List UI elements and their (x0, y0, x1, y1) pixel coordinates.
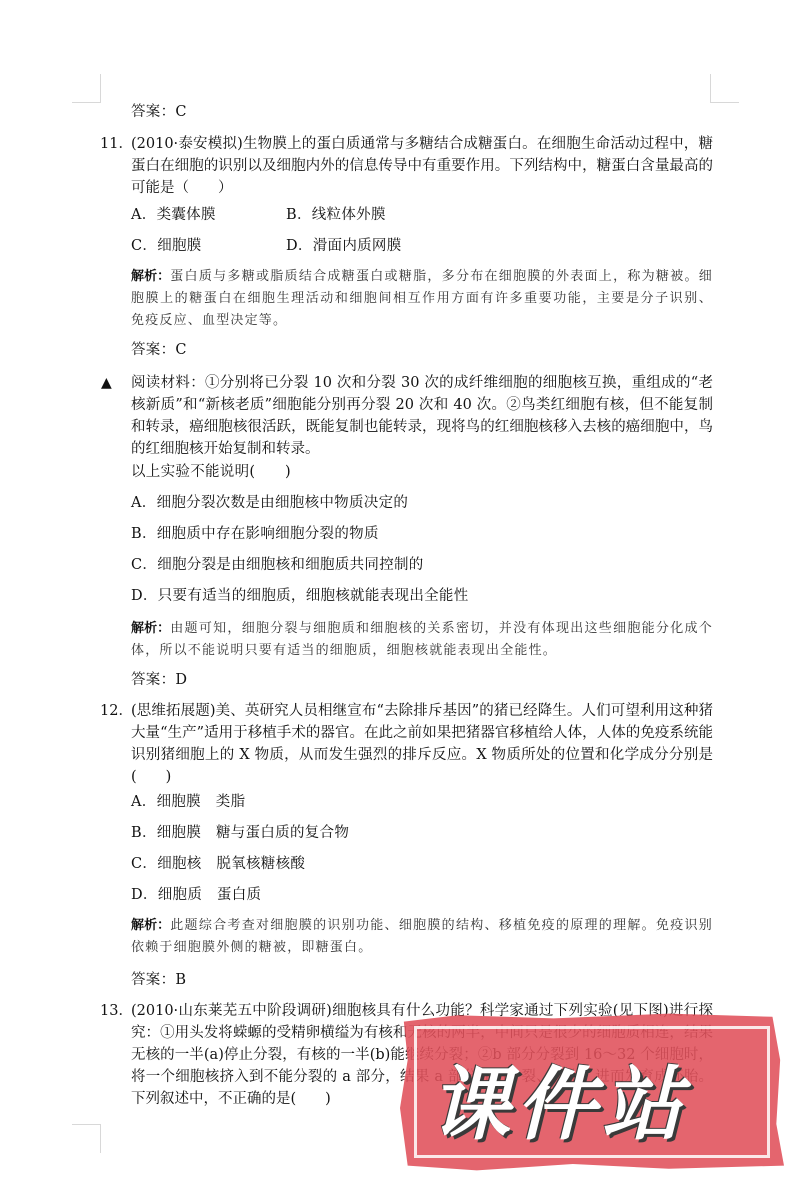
q12-option-d: D．细胞质 蛋白质 (131, 884, 261, 906)
explanation-label: 解析： (131, 918, 170, 933)
watermark-text: 课件站 (430, 1040, 688, 1155)
reading-option-b: B．细胞质中存在影响细胞分裂的物质 (131, 523, 379, 545)
q11-option-c: C．细胞膜 (131, 235, 202, 257)
q12-option-b: B．细胞膜 糖与蛋白质的复合物 (131, 822, 349, 844)
document-page: 答案：C 11． (2010·泰安模拟)生物膜上的蛋白质通常与多糖结合成糖蛋白。… (0, 0, 800, 1200)
triangle-marker-icon: ▲ (101, 372, 112, 394)
q12-option-a: A．细胞膜 类脂 (131, 791, 245, 813)
reading-material-text: 阅读材料：①分别将已分裂 10 次和分裂 30 次的成纤维细胞的细胞核互换，重组… (131, 372, 713, 460)
q12-explanation: 解析：此题综合考查对细胞膜的识别功能、细胞膜的结构、移植免疫的原理的理解。免疫识… (131, 915, 713, 959)
question-12-number: 12． (100, 700, 133, 722)
reading-option-a: A．细胞分裂次数是由细胞核中物质决定的 (131, 492, 408, 514)
explanation-label: 解析： (131, 269, 170, 284)
answer-prev: 答案：C (131, 101, 187, 123)
q11-option-d: D．滑面内质网膜 (286, 235, 402, 257)
watermark-stamp: 课件站 (400, 1012, 784, 1172)
explanation-text: 此题综合考查对细胞膜的识别功能、细胞膜的结构、移植免疫的原理的理解。免疫识别依赖… (131, 918, 713, 955)
question-11-text: (2010·泰安模拟)生物膜上的蛋白质通常与多糖结合成糖蛋白。在细胞生命活动过程… (131, 133, 713, 199)
reading-option-c: C．细胞分裂是由细胞核和细胞质共同控制的 (131, 554, 424, 576)
page-corner-mark (72, 74, 101, 103)
explanation-text: 由题可知，细胞分裂与细胞质和细胞核的关系密切，并没有体现出这些细胞能分化成个体，… (131, 621, 713, 658)
q11-option-a: A．类囊体膜 (131, 204, 216, 226)
reading-question: 以上实验不能说明( ) (131, 461, 291, 483)
page-corner-mark (72, 1124, 101, 1153)
q11-answer: 答案：C (131, 339, 187, 361)
question-11-number: 11． (100, 133, 133, 155)
explanation-label: 解析： (131, 621, 170, 636)
q11-option-b: B．线粒体外膜 (286, 204, 386, 226)
question-12-text: (思维拓展题)美、英研究人员相继宣布“去除排斥基因”的猪已经降生。人们可望利用这… (131, 700, 713, 788)
reading-answer: 答案：D (131, 669, 187, 691)
q12-option-c: C．细胞核 脱氧核糖核酸 (131, 853, 305, 875)
explanation-text: 蛋白质与多糖或脂质结合成糖蛋白或糖脂，多分布在细胞膜的外表面上，称为糖被。细胞膜… (131, 269, 713, 328)
q12-answer: 答案：B (131, 969, 186, 991)
reading-option-d: D．只要有适当的细胞质，细胞核就能表现出全能性 (131, 585, 469, 607)
page-corner-mark (710, 74, 739, 103)
q11-explanation: 解析：蛋白质与多糖或脂质结合成糖蛋白或糖脂，多分布在细胞膜的外表面上，称为糖被。… (131, 266, 713, 332)
question-13-number: 13． (100, 1000, 133, 1022)
reading-explanation: 解析：由题可知，细胞分裂与细胞质和细胞核的关系密切，并没有体现出这些细胞能分化成… (131, 618, 713, 662)
